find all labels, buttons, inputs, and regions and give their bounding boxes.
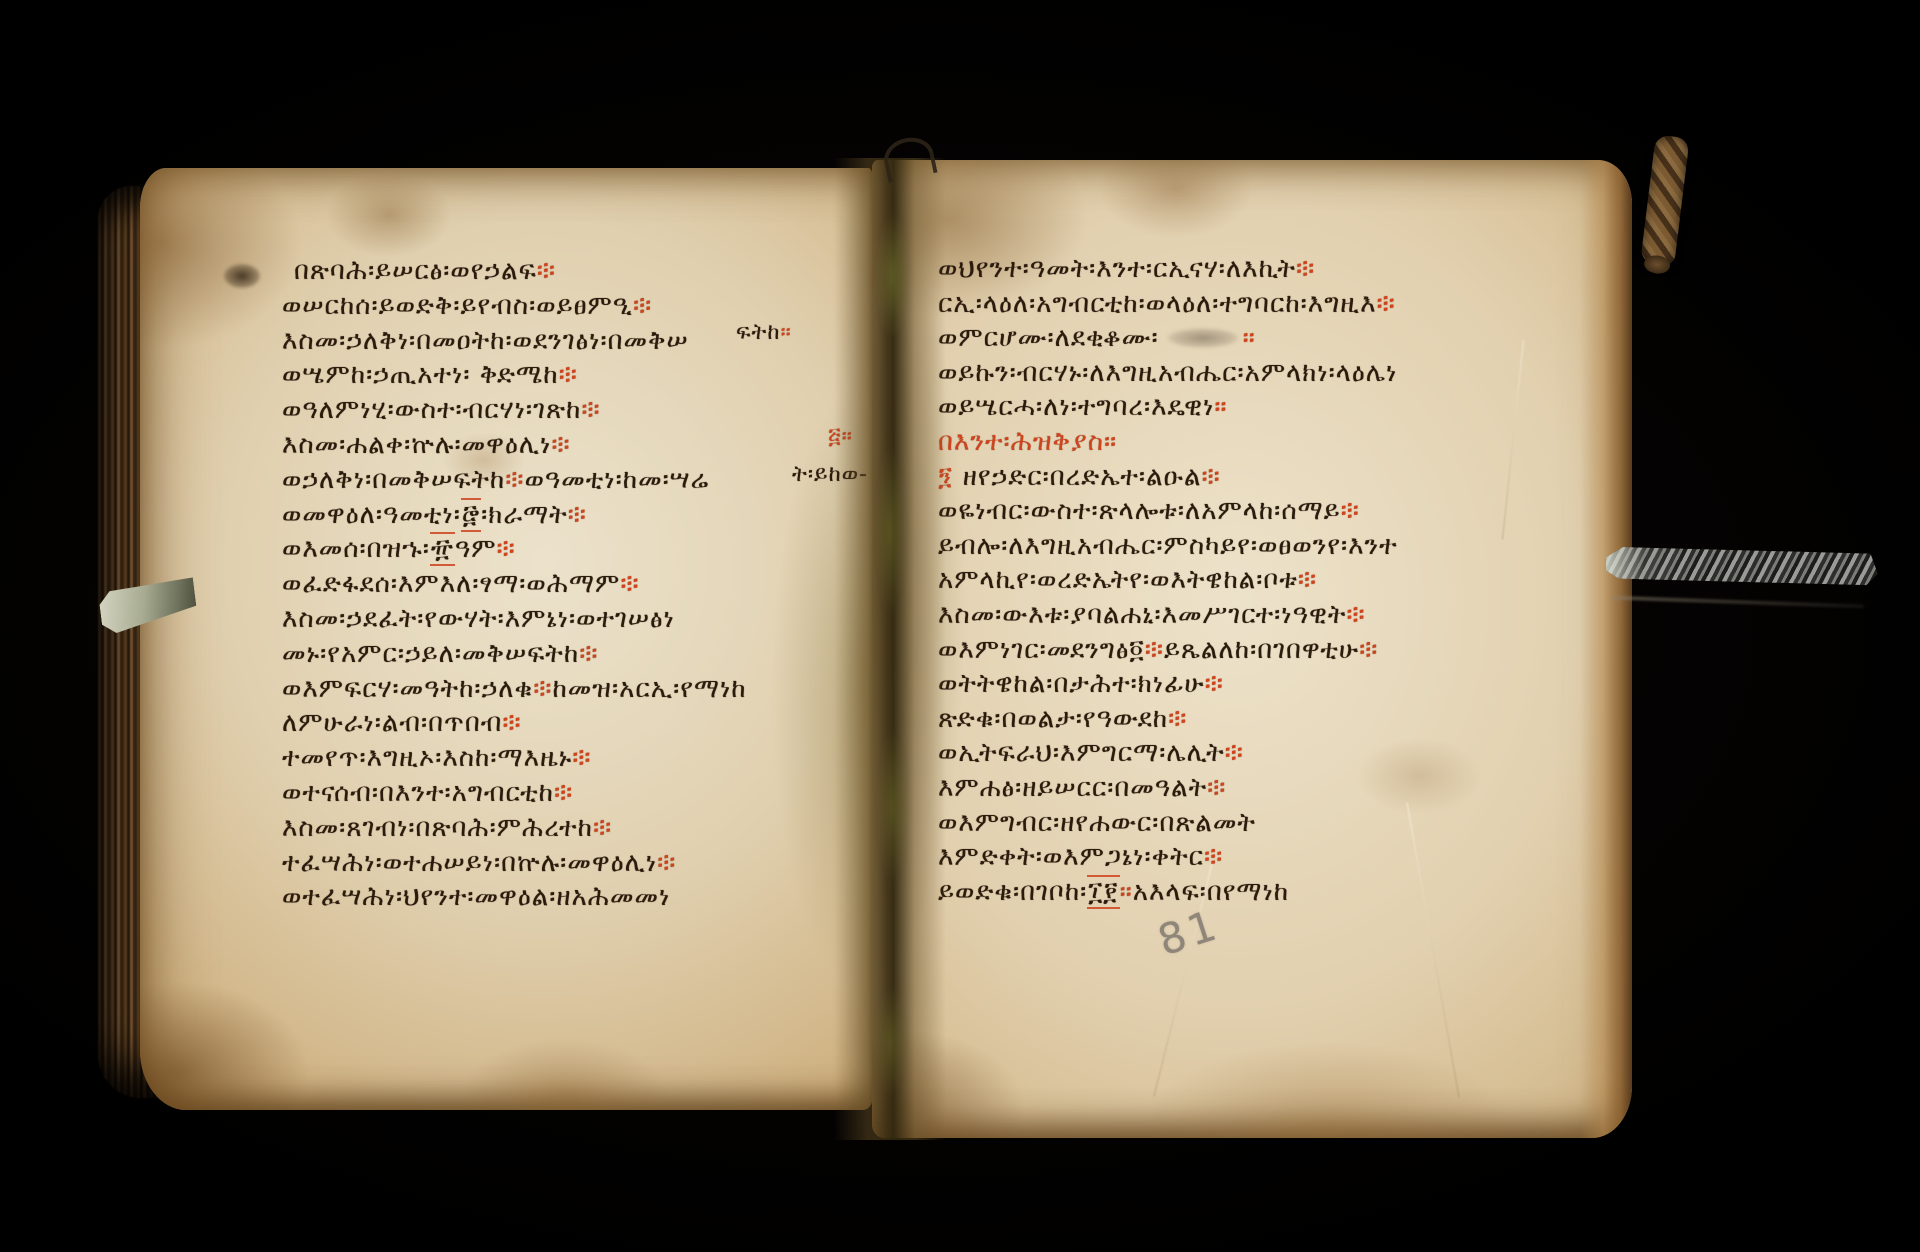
left-page: በጽባሕ፡ይሠርፅ፡ወየኃልፍ፨ወሠርከሰ፡ይወድቅ፡ይየብስ፡ወይፀምዒ፨እስ…	[140, 168, 872, 1110]
text-line: እምድቀት፡ወእምጋኔነ፡ቀትር፨	[938, 842, 1223, 872]
text-line: ወዓለምነሂ፡ውስተ፡ብርሃነ፡ገጽከ፨	[282, 395, 601, 425]
text-line: እምሐፅ፡ዘይሠርር፡በመዓልት፨	[938, 773, 1226, 803]
text-line: ወእመሰ፡በዝኁ፡፹ዓም፨	[282, 534, 516, 564]
text-line: እስመ፡ኃደፈት፡የውሃት፡እምኔነ፡ወተገሠፅነ	[282, 604, 675, 634]
text-line: ጽድቁ፡በወልታ፡የዓውደከ፨	[938, 704, 1187, 734]
margin-note: ፭።	[828, 422, 853, 452]
text-line: ፺ዘየኃድር፡በረድኤተ፡ልዑል፨	[938, 462, 1221, 492]
text-line: በጽባሕ፡ይሠርፅ፡ወየኃልፍ፨	[294, 256, 556, 286]
pencil-page-number: 81	[1152, 900, 1226, 966]
text-line: ይብሎ፡ለእግዚአብሔር፡ምስካይየ፡ወፀወንየ፡እንተ	[938, 531, 1398, 561]
text-line: ወምርሆሙ፡ለደቂቆሙ፡።	[938, 323, 1256, 353]
ink-blot	[224, 264, 260, 288]
text-line: ወኃለቅነ፡በመቅሠፍትከ፨ወዓመቲነ፡ከመ፡ሣሬ	[282, 465, 709, 495]
text-line: ወተፈሣሕነ፡ህየንተ፡መዋዕል፡ዘአሕመመነ	[282, 882, 670, 912]
text-line: ወትትዌከል፡በታሕተ፡ክነፊሁ፨	[938, 669, 1224, 699]
text-line: ወኢትፍራህ፡እምግርማ፡ሌሊት፨	[938, 738, 1244, 768]
photo-backdrop: በጽባሕ፡ይሠርፅ፡ወየኃልፍ፨ወሠርከሰ፡ይወድቅ፡ይየብስ፡ወይፀምዒ፨እስ…	[0, 0, 1920, 1252]
text-line: ወህየንተ፡ዓመት፡እንተ፡ርኢናሃ፡ለእኪት፨	[938, 254, 1315, 284]
text-line: ወመዋዕለ፡ዓመቲነ፡፸፡ክራማት፨	[282, 500, 587, 530]
text-line: ወይሤርሓ፡ለነ፡ተግባረ፡እዴዊነ።	[938, 392, 1228, 422]
fore-edge-right	[1580, 160, 1632, 1138]
text-line: አምላኪየ፡ወረድኤትየ፡ወእትዌከል፡ቦቱ፨	[938, 565, 1317, 595]
text-line: ወፈድፋደሰ፡እምእለ፡ፃማ፡ወሕማም፨	[282, 569, 640, 599]
margin-note: ት፡ይከወ-	[792, 460, 868, 490]
text-line: እስመ፡ውእቱ፡ያባልሐኒ፡እመሥገርተ፡ነዓዊት፨	[938, 600, 1366, 630]
text-line: እስመ፡ጸገብነ፡በጽባሕ፡ምሕረተከ፨	[282, 813, 612, 843]
text-line: ርኢ፡ላዕለ፡አግብርቲከ፡ወላዕለ፡ተግባርከ፡እግዚእ፨	[938, 289, 1396, 319]
text-line: ወዬነብር፡ውስተ፡ጽላሎቱ፡ለአምላከ፡ሰማይ፨	[938, 496, 1360, 526]
text-line: ወተናሰብ፡በእንተ፡አግብርቲከ፨	[282, 778, 573, 808]
text-line: ተፈሣሕነ፡ወተሐሠይነ፡በኵሉ፡መዋዕሊነ፨	[282, 848, 676, 878]
bookmark-strip-shadow	[1612, 596, 1864, 609]
text-line: ወእምፍርሃ፡መዓትከ፡ኃለቁ፨ከመዝ፡አርኢ፡የማነከ	[282, 674, 747, 704]
text-line: መኑ፡የአምር፡ኃይለ፡መቅሠፍትከ፨	[282, 639, 598, 669]
erased-text-smudge	[1167, 328, 1239, 348]
parchment-crease	[1406, 802, 1460, 1098]
text-line: ወሠርከሰ፡ይወድቅ፡ይየብስ፡ወይፀምዒ፨	[282, 291, 652, 321]
text-line: ለምሁራነ፡ልብ፡በጥበብ፨	[282, 708, 522, 738]
text-line: ተመየጥ፡እግዚኦ፡እስከ፡ማእዜኑ፨	[282, 743, 592, 773]
margin-note: ፍትከ።	[736, 318, 792, 348]
text-line: እስመ፡ኃለቅነ፡በመዐትከ፡ወደንገፅነ፡በመቅሠ	[282, 326, 689, 356]
text-line: ወእምነገር፡መደንግፅ፬፨ይጼልለከ፡በገበዋቲሁ፨	[938, 635, 1378, 665]
text-line: ወእምግብር፡ዘየሐውር፡በጽልመት	[938, 808, 1256, 838]
corner-tassel	[1640, 134, 1689, 265]
parchment-crease	[1502, 340, 1525, 539]
text-line: እስመ፡ሐልቀ፡ኵሉ፡መዋዕሊነ፨	[282, 430, 571, 460]
rubric-line: በእንተ፡ሕዝቅያስ።	[938, 427, 1117, 457]
right-page: ወህየንተ፡ዓመት፡እንተ፡ርኢናሃ፡ለእኪት፨ርኢ፡ላዕለ፡አግብርቲከ፡ወላ…	[872, 160, 1632, 1138]
text-line: ወሤምከ፡ኃጢአተነ፡ ቅድሜከ፨	[282, 360, 578, 390]
text-line: ወይኩን፡ብርሃኑ፡ለእግዚአብሔር፡አምላክነ፡ላዕሌነ	[938, 358, 1397, 388]
text-line: ይወድቁ፡በገቦከ፡፲፻።አእላፍ፡በየማነከ	[938, 877, 1289, 907]
bookmark-strip-right	[1605, 542, 1878, 590]
